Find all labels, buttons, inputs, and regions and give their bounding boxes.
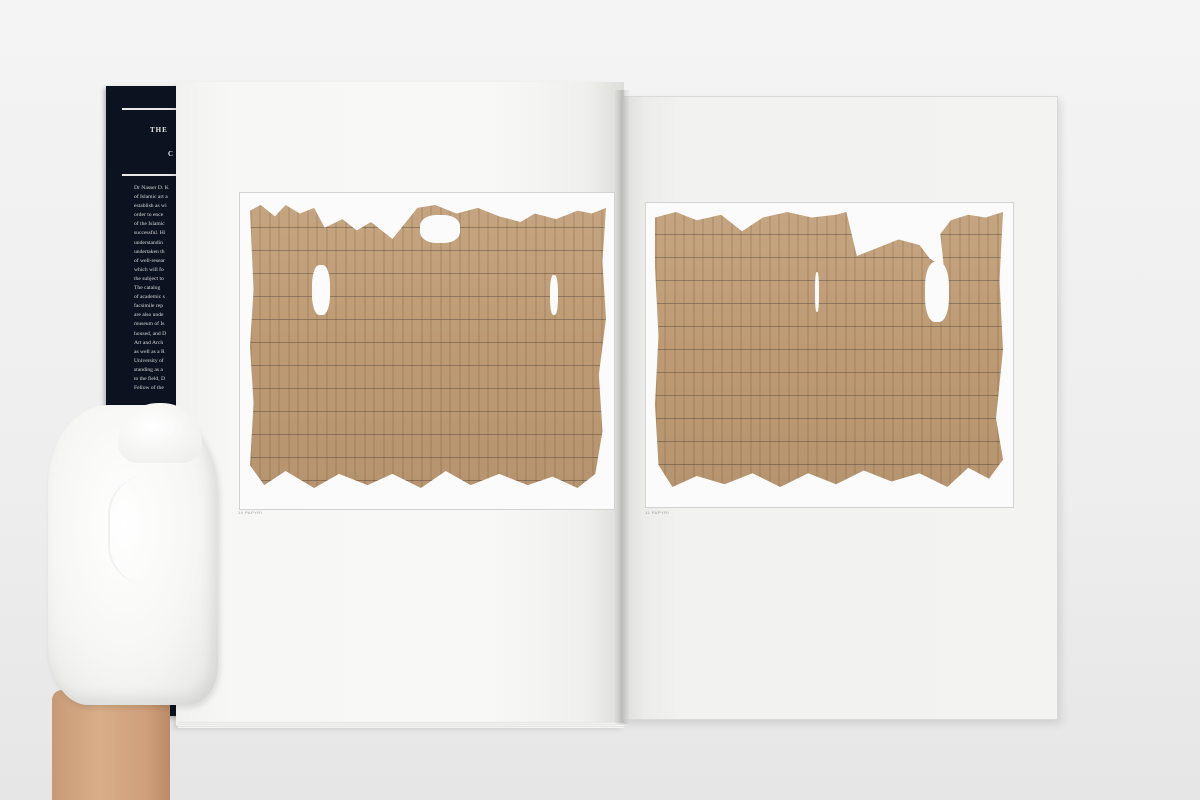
jacket-subtitle: C — [168, 150, 173, 158]
page-edges — [178, 722, 624, 728]
white-glove-hand — [48, 405, 218, 705]
book-photo: THE C Dr Nasser D. K of Islamic art a es… — [0, 0, 1200, 800]
right-plate-caption: 11 PAPYRI — [645, 510, 669, 515]
papyrus-hole — [815, 272, 819, 312]
papyrus-hole — [312, 265, 330, 315]
papyrus-hole — [550, 275, 558, 315]
forearm — [52, 690, 170, 800]
jacket-title: THE — [150, 126, 168, 134]
left-papyrus-image — [250, 205, 606, 488]
left-plate-caption: 10 PAPYRI — [238, 510, 262, 515]
papyrus-hole — [925, 262, 949, 322]
right-papyrus-image — [655, 212, 1003, 487]
papyrus-hole — [420, 215, 460, 243]
book-gutter — [614, 90, 630, 724]
glove-thumb — [108, 475, 190, 585]
